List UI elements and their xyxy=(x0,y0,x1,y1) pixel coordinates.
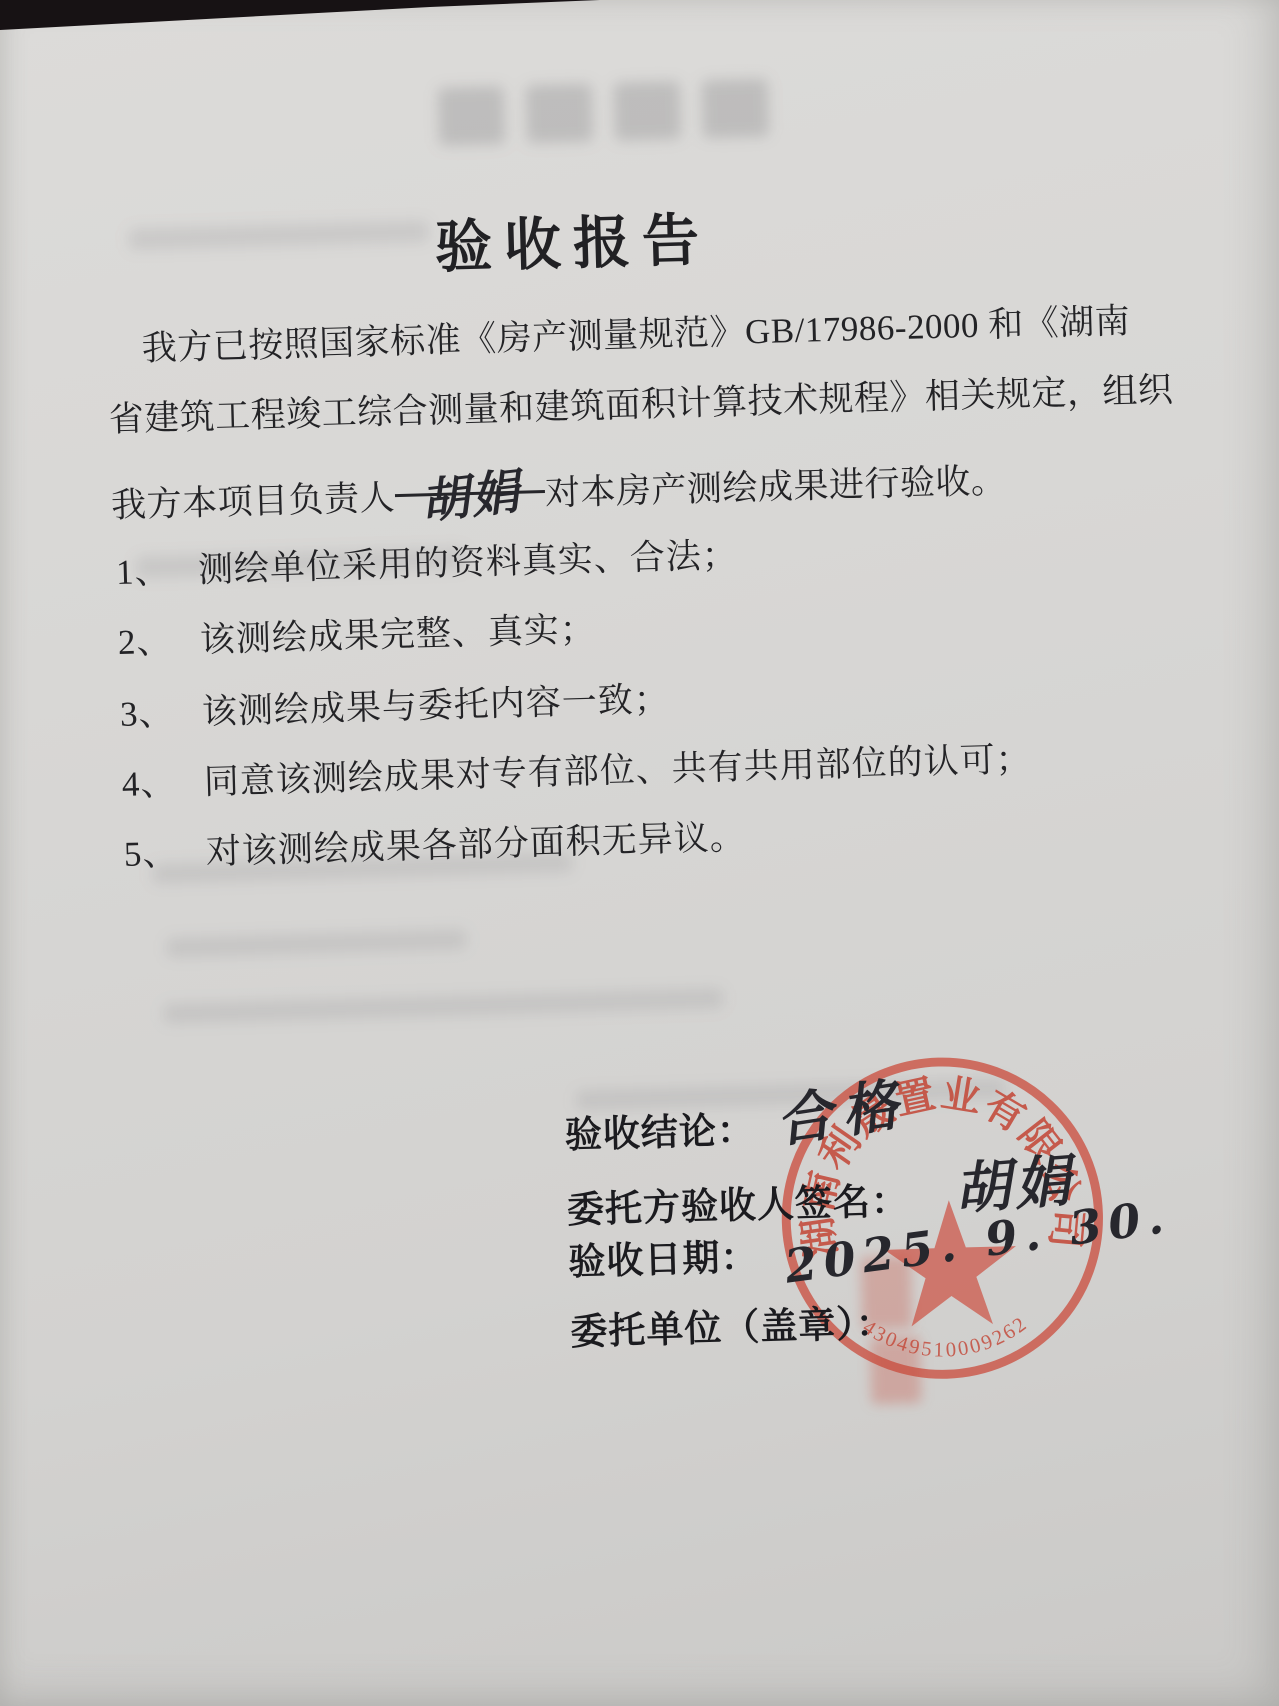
scanned-document-page: 验收报告 我方已按照国家标准《房产测量规范》GB/17986-2000 和《湖南… xyxy=(0,0,1279,1706)
list-item-number: 3、 xyxy=(119,685,202,737)
responsible-person-blank: 胡娟 xyxy=(394,450,545,497)
ghost-line-bleedthrough xyxy=(128,220,428,250)
date-label: 验收日期： xyxy=(568,1226,759,1285)
list-item: 2、 该测绘成果完整、真实； xyxy=(117,602,596,665)
list-item: 1、 测绘单位采用的资料真实、合法； xyxy=(115,528,738,595)
list-item: 4、 同意该测绘成果对专有部位、共有共用部位的认可； xyxy=(121,732,1032,807)
ghost-title-bleedthrough xyxy=(438,79,769,146)
list-item-number: 5、 xyxy=(123,825,206,877)
ghost-line-bleedthrough xyxy=(163,988,723,1024)
list-item-number: 1、 xyxy=(115,543,198,595)
page-title: 验收报告 xyxy=(434,194,712,284)
list-item-text: 同意该测绘成果对专有部位、共有共用部位的认可； xyxy=(203,732,1032,805)
line3-prefix: 我方本项目负责人 xyxy=(111,478,396,525)
unit-label: 委托单位（盖章）： xyxy=(570,1293,895,1356)
unit-row: 委托单位（盖章）： xyxy=(570,1293,895,1356)
list-item-text: 对该测绘成果各部分面积无异议。 xyxy=(205,810,746,875)
conclusion-label: 验收结论： xyxy=(564,1099,755,1158)
list-item: 3、 该测绘成果与委托内容一致； xyxy=(119,672,670,737)
list-item-number: 2、 xyxy=(117,613,200,665)
list-item: 5、 对该测绘成果各部分面积无异议。 xyxy=(123,810,746,877)
list-item-text: 测绘单位采用的资料真实、合法； xyxy=(197,528,738,593)
document-content: 验收报告 我方已按照国家标准《房产测量规范》GB/17986-2000 和《湖南… xyxy=(0,0,1279,1705)
handwritten-responsible-name: 胡娟 xyxy=(417,453,524,533)
list-item-number: 4、 xyxy=(121,755,204,807)
paragraph-line-3: 我方本项目负责人胡娟对本房产测绘成果进行验收。 xyxy=(110,437,1007,528)
ghost-line-bleedthrough xyxy=(166,929,466,957)
line3-suffix: 对本房产测绘成果进行验收。 xyxy=(544,461,1006,513)
paragraph-line-1: 我方已按照国家标准《房产测量规范》GB/17986-2000 和《湖南 xyxy=(141,294,1131,372)
paragraph-line-2: 省建筑工程竣工综合测量和建筑面积计算技术规程》相关规定，组织 xyxy=(108,362,1174,442)
list-item-text: 该测绘成果与委托内容一致； xyxy=(201,672,670,735)
list-item-text: 该测绘成果完整、真实； xyxy=(199,602,596,663)
